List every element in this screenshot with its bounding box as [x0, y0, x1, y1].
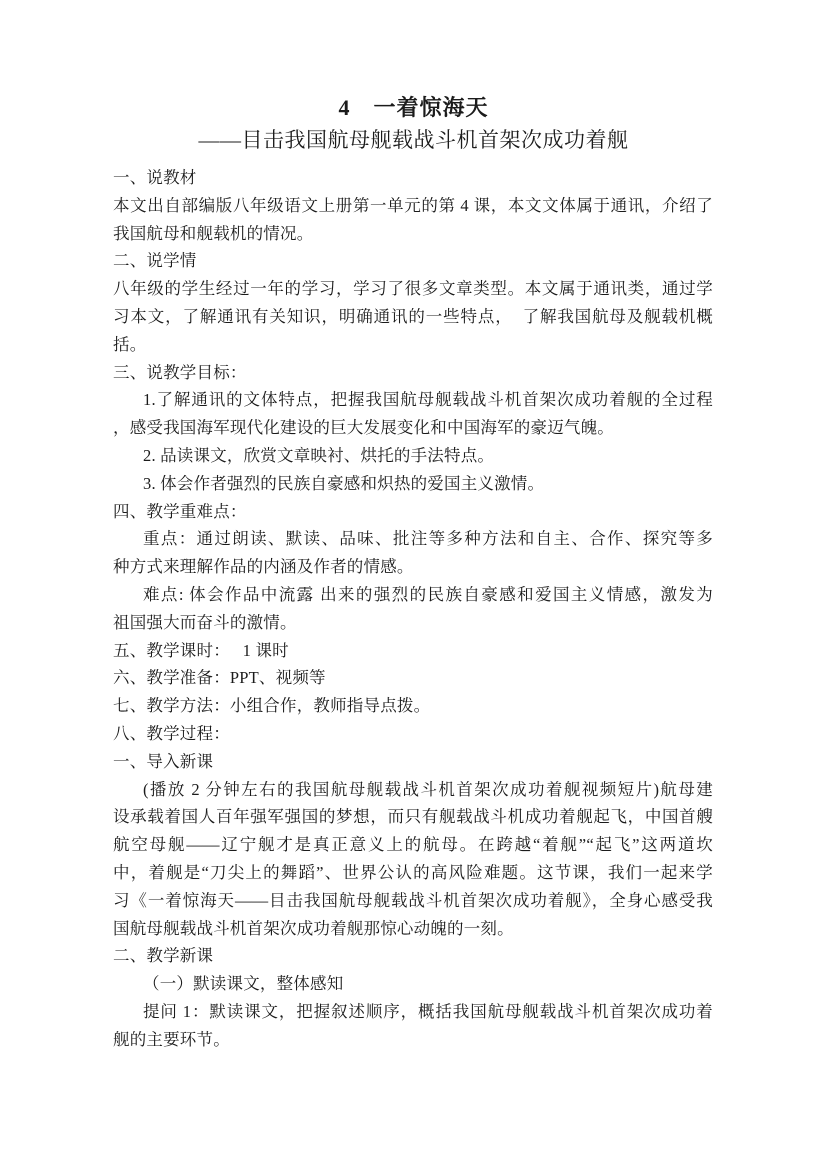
text-line: 习《一着惊海天——目击我国航母舰载战斗机首架次成功着舰》，全身心感受我 — [113, 887, 713, 915]
text-line: 国航母舰载战斗机首架次成功着舰那惊心动魄的一刻。 — [113, 915, 713, 943]
text-line: 祖国强大而奋斗的激情。 — [113, 609, 713, 637]
text-line: 我国航母和舰载机的情况。 — [113, 220, 713, 248]
text-line: 八、教学过程： — [113, 720, 713, 748]
text-line: 舰的主要环节。 — [113, 1026, 713, 1054]
text-line: 七、教学方法：小组合作，教师指导点拨。 — [113, 692, 713, 720]
text-line: 中，着舰是“刀尖上的舞蹈”、世界公认的高风险难题。这节课，我们一起来学 — [113, 859, 713, 887]
document-title: 4 一着惊海天 — [0, 92, 827, 124]
text-line: 二、说学情 — [113, 247, 713, 275]
text-line: 一、说教材 — [113, 164, 713, 192]
text-line: 2. 品读课文，欣赏文章映衬、烘托的手法特点。 — [113, 442, 713, 470]
text-line: 3. 体会作者强烈的民族自豪感和炽热的爱国主义激情。 — [113, 470, 713, 498]
text-line: （一）默读课文，整体感知 — [113, 970, 713, 998]
text-line: 四、教学重难点： — [113, 498, 713, 526]
text-line: 1.了解通讯的文体特点，把握我国航母舰载战斗机首架次成功着舰的全过程 — [113, 386, 713, 414]
text-line: 航空母舰——辽宁舰才是真正意义上的航母。在跨越“着舰”“起飞”这两道坎 — [113, 831, 713, 859]
text-line: 种方式来理解作品的内涵及作者的情感。 — [113, 553, 713, 581]
text-line: 三、说教学目标： — [113, 359, 713, 387]
text-line: 本文出自部编版八年级语文上册第一单元的第 4 课，本文文体属于通讯，介绍了 — [113, 192, 713, 220]
text-line: 提问 1：默读课文，把握叙述顺序，概括我国航母舰载战斗机首架次成功着 — [113, 998, 713, 1026]
text-line: 八年级的学生经过一年的学习，学习了很多文章类型。本文属于通讯类，通过学 — [113, 275, 713, 303]
document-page: 4 一着惊海天 ——目击我国航母舰载战斗机首架次成功着舰 一、说教材本文出自部编… — [0, 0, 827, 1169]
text-line: 二、教学新课 — [113, 942, 713, 970]
document-body: 一、说教材本文出自部编版八年级语文上册第一单元的第 4 课，本文文体属于通讯，介… — [113, 164, 713, 1054]
text-line: (播放 2 分钟左右的我国航母舰载战斗机首架次成功着舰视频短片)航母建 — [113, 776, 713, 804]
text-line: 重点：通过朗读、默读、品味、批注等多种方法和自主、合作、探究等多 — [113, 525, 713, 553]
text-line: 六、教学准备：PPT、视频等 — [113, 664, 713, 692]
text-line: 习本文，了解通讯有关知识，明确通讯的一些特点， 了解我国航母及舰载机概 — [113, 303, 713, 331]
text-line: 难点: 体会作品中流露 出来的强烈的民族自豪感和爱国主义情感，激发为 — [113, 581, 713, 609]
document-subtitle: ——目击我国航母舰载战斗机首架次成功着舰 — [0, 124, 827, 156]
text-line: 括。 — [113, 331, 713, 359]
text-line: 一、导入新课 — [113, 748, 713, 776]
text-line: 设承载着国人百年强军强国的梦想，而只有舰载战斗机成功着舰起飞，中国首艘 — [113, 803, 713, 831]
text-line: ，感受我国海军现代化建设的巨大发展变化和中国海军的豪迈气魄。 — [113, 414, 713, 442]
text-line: 五、教学课时： 1 课时 — [113, 637, 713, 665]
